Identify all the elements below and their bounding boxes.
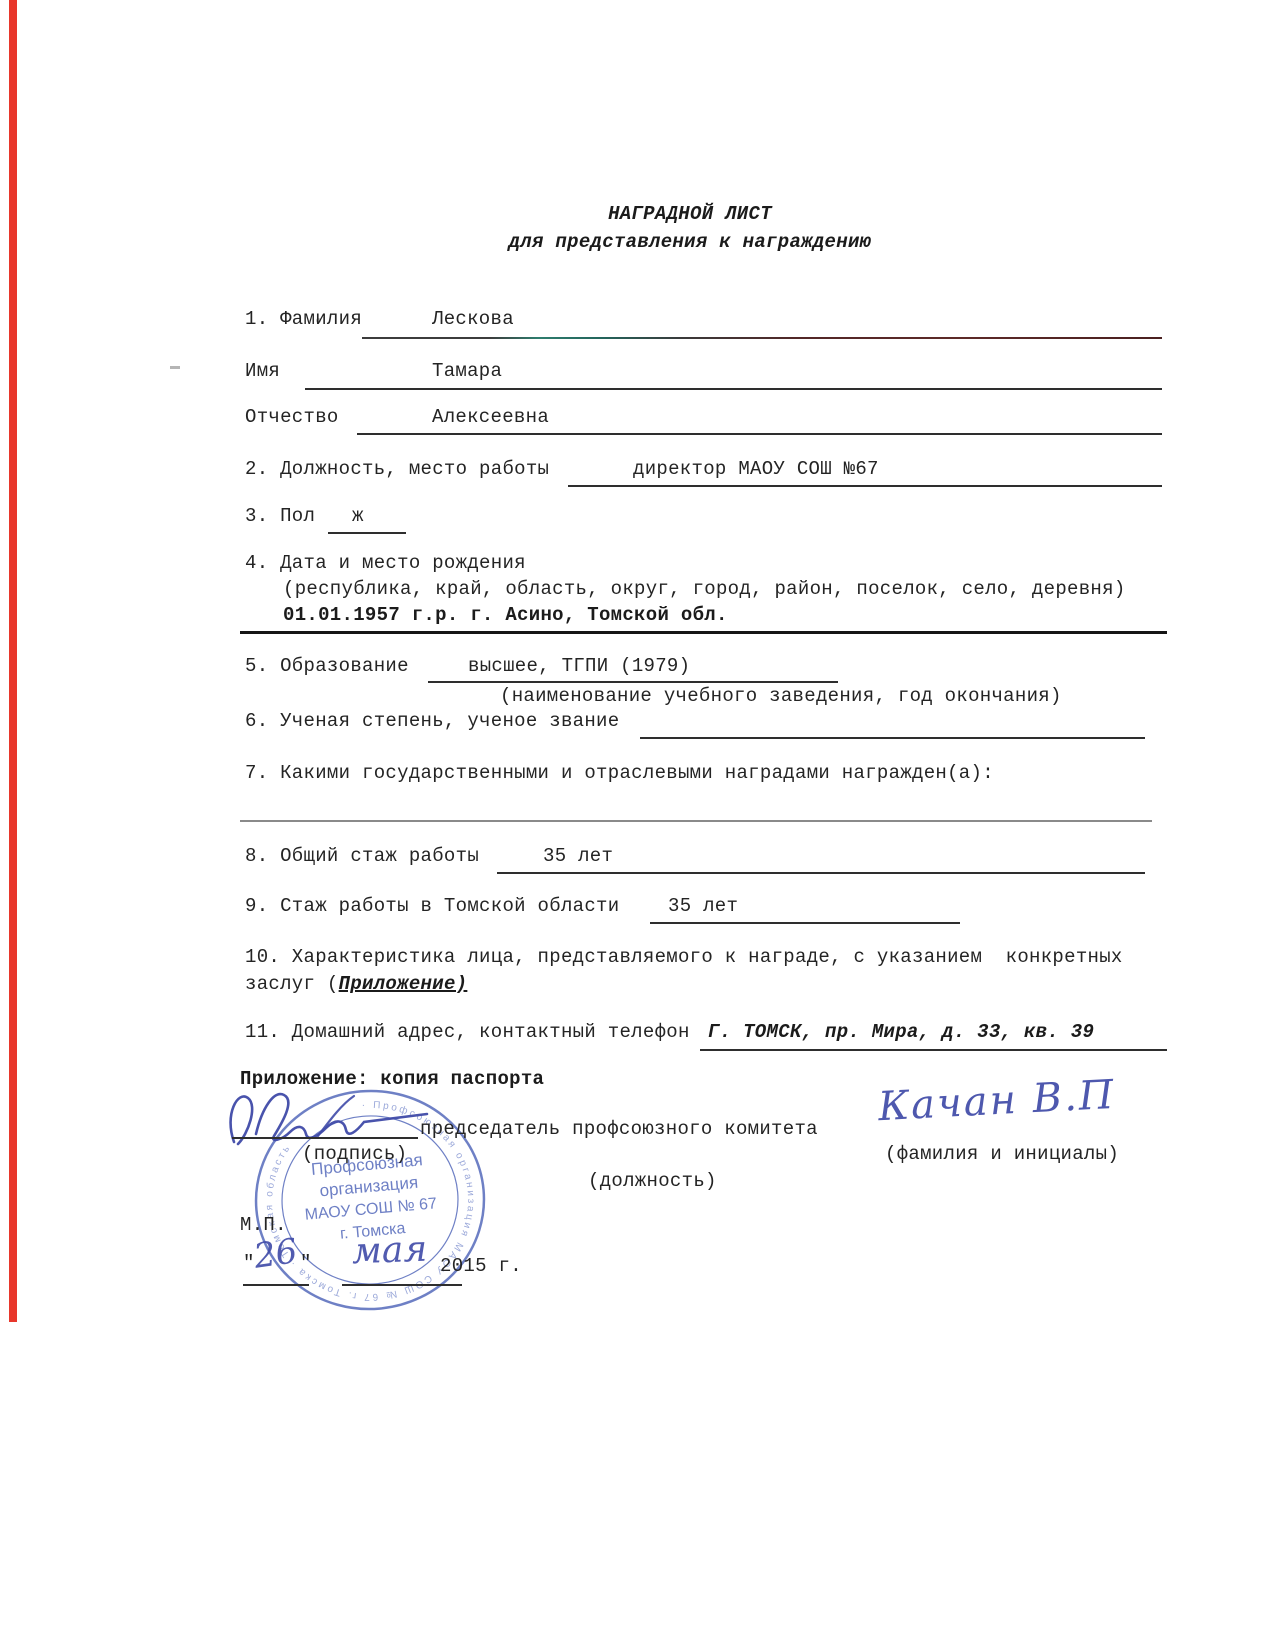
- degree-label: 6. Ученая степень, ученое звание: [245, 710, 619, 734]
- sign-caption: (подпись): [302, 1143, 407, 1167]
- birth-label: 4. Дата и место рождения: [245, 552, 526, 576]
- date-month-underline: [342, 1284, 462, 1286]
- total-service-label: 8. Общий стаж работы: [245, 845, 479, 869]
- date-quote-open: ": [243, 1252, 255, 1276]
- education-label: 5. Образование: [245, 655, 409, 679]
- handwritten-day: 26: [251, 1231, 299, 1277]
- document-title: НАГРАДНОЙ ЛИСТ: [240, 203, 1140, 227]
- birth-underline: [240, 631, 1167, 634]
- degree-underline: [640, 737, 1145, 739]
- address-value: Г. ТОМСК, пр. Мира, д. 33, кв. 39: [708, 1021, 1094, 1045]
- education-hint: (наименование учебного заведения, год ок…: [500, 685, 1062, 709]
- region-service-value: 35 лет: [668, 895, 738, 919]
- surname-underline: [362, 337, 1162, 339]
- position-caption: (должность): [588, 1170, 717, 1194]
- firstname-value: Тамара: [432, 360, 502, 384]
- patronymic-label: Отчество: [245, 406, 339, 430]
- name-caption: (фамилия и инициалы): [885, 1143, 1119, 1167]
- patronymic-underline: [357, 433, 1162, 435]
- position-underline: [568, 485, 1162, 487]
- handwritten-name: Качан В.П: [877, 1072, 1117, 1130]
- position-label: 2. Должность, место работы: [245, 458, 549, 482]
- total-service-value: 35 лет: [543, 845, 613, 869]
- firstname-label: Имя: [245, 360, 280, 384]
- signer-position-text: председатель профсоюзного комитета: [420, 1118, 818, 1142]
- birth-hint: (республика, край, область, округ, город…: [283, 578, 1126, 602]
- characteristic-label-line1: 10. Характеристика лица, представляемого…: [245, 946, 1123, 970]
- surname-label: 1. Фамилия: [245, 308, 362, 332]
- surname-value: Лескова: [432, 308, 514, 332]
- firstname-underline: [305, 388, 1162, 390]
- signature-underline: [232, 1137, 418, 1139]
- patronymic-value: Алексеевна: [432, 406, 549, 430]
- address-label: 11. Домашний адрес, контактный телефон: [245, 1021, 690, 1045]
- address-underline: [700, 1049, 1167, 1051]
- characteristic-label-line2: заслуг (Приложение): [245, 973, 467, 997]
- region-service-label: 9. Стаж работы в Томской области: [245, 895, 619, 919]
- birth-value: 01.01.1957 г.р. г. Асино, Томской обл.: [283, 604, 728, 628]
- region-service-underline: [650, 922, 960, 924]
- total-service-underline: [497, 872, 1145, 874]
- scan-edge-red-artifact: [9, 0, 17, 1322]
- education-underline: [428, 681, 838, 683]
- sex-label: 3. Пол: [245, 505, 315, 529]
- scan-dash-artifact: [170, 366, 180, 369]
- date-quote-close: ": [300, 1252, 312, 1276]
- position-value: директор МАОУ СОШ №67: [633, 458, 879, 482]
- sex-value: ж: [352, 505, 364, 529]
- characteristic-attachment-ref: Приложение): [339, 973, 468, 995]
- document-subtitle: для представления к награждению: [240, 231, 1140, 255]
- education-value: высшее, ТГПИ (1979): [468, 655, 690, 679]
- awards-label: 7. Какими государственными и отраслевыми…: [245, 762, 994, 786]
- date-year: 2015 г.: [440, 1255, 522, 1279]
- characteristic-prefix: заслуг (: [245, 973, 339, 995]
- date-day-underline: [243, 1284, 309, 1286]
- awards-underline: [240, 820, 1152, 822]
- handwritten-month: мая: [351, 1229, 428, 1273]
- scanned-document-page: НАГРАДНОЙ ЛИСТ для представления к награ…: [0, 0, 1275, 1650]
- sex-underline: [328, 532, 406, 534]
